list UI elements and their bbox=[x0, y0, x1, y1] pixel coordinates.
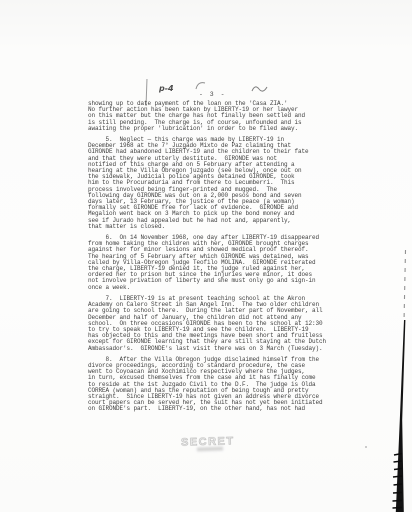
paragraph: 7. LIBERTY-19 is at present teaching sch… bbox=[88, 296, 346, 352]
pencil-squiggle-right bbox=[250, 82, 270, 95]
handwritten-annotation: p-4 bbox=[159, 84, 174, 93]
paragraph: 8. After the Villa Obregon judge disclai… bbox=[88, 357, 346, 413]
scanned-document-page: p-4 - 3 - showing up to date payment of … bbox=[0, 0, 412, 512]
paragraph: 6. On 14 November 1968, one day after LI… bbox=[88, 235, 346, 291]
pencil-squiggle-left bbox=[194, 80, 208, 91]
stamp-smudge bbox=[197, 447, 223, 452]
document-body: showing up to date payment of the loan o… bbox=[88, 101, 346, 418]
paragraph: showing up to date payment of the loan o… bbox=[88, 101, 346, 132]
paragraph: 5. Neglect — this charge was made by LIB… bbox=[88, 137, 346, 230]
scan-speck bbox=[365, 446, 367, 448]
page-number: - 3 - bbox=[199, 91, 226, 98]
